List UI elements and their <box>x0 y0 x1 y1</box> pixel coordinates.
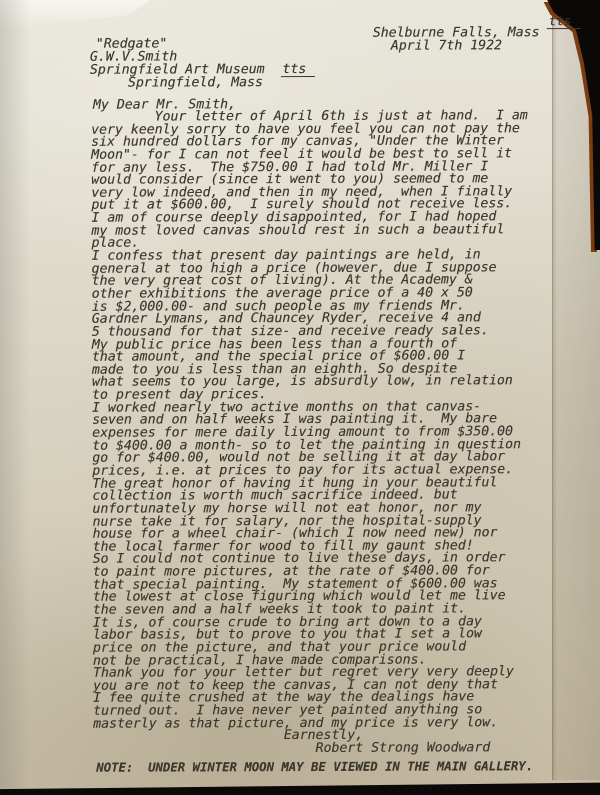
letter-body: Your letter of April 6th is just at hand… <box>91 110 563 756</box>
letter-body-lines: Your letter of April 6th is just at hand… <box>91 110 563 731</box>
tts-mark: tts <box>547 15 581 29</box>
corner-annotation-mark: tts <box>547 13 581 29</box>
dateline-date: April 7th 1922 <box>391 38 502 53</box>
letter-body-line: my most loved canvas should rest in such… <box>91 224 561 238</box>
signature: Robert Strong Woodward <box>93 742 563 756</box>
gallery-note: NOTE: UNDER WINTER MOON MAY BE VIEWED IN… <box>96 759 533 775</box>
tts-mark: tts <box>280 63 315 77</box>
photograph-of-letter: tts Shelburne Falls, Mass April 7th 1922… <box>0 0 600 795</box>
recipient-city: Springfield, Mass <box>128 75 263 90</box>
typewritten-text-layer: tts Shelburne Falls, Mass April 7th 1922… <box>0 0 600 795</box>
